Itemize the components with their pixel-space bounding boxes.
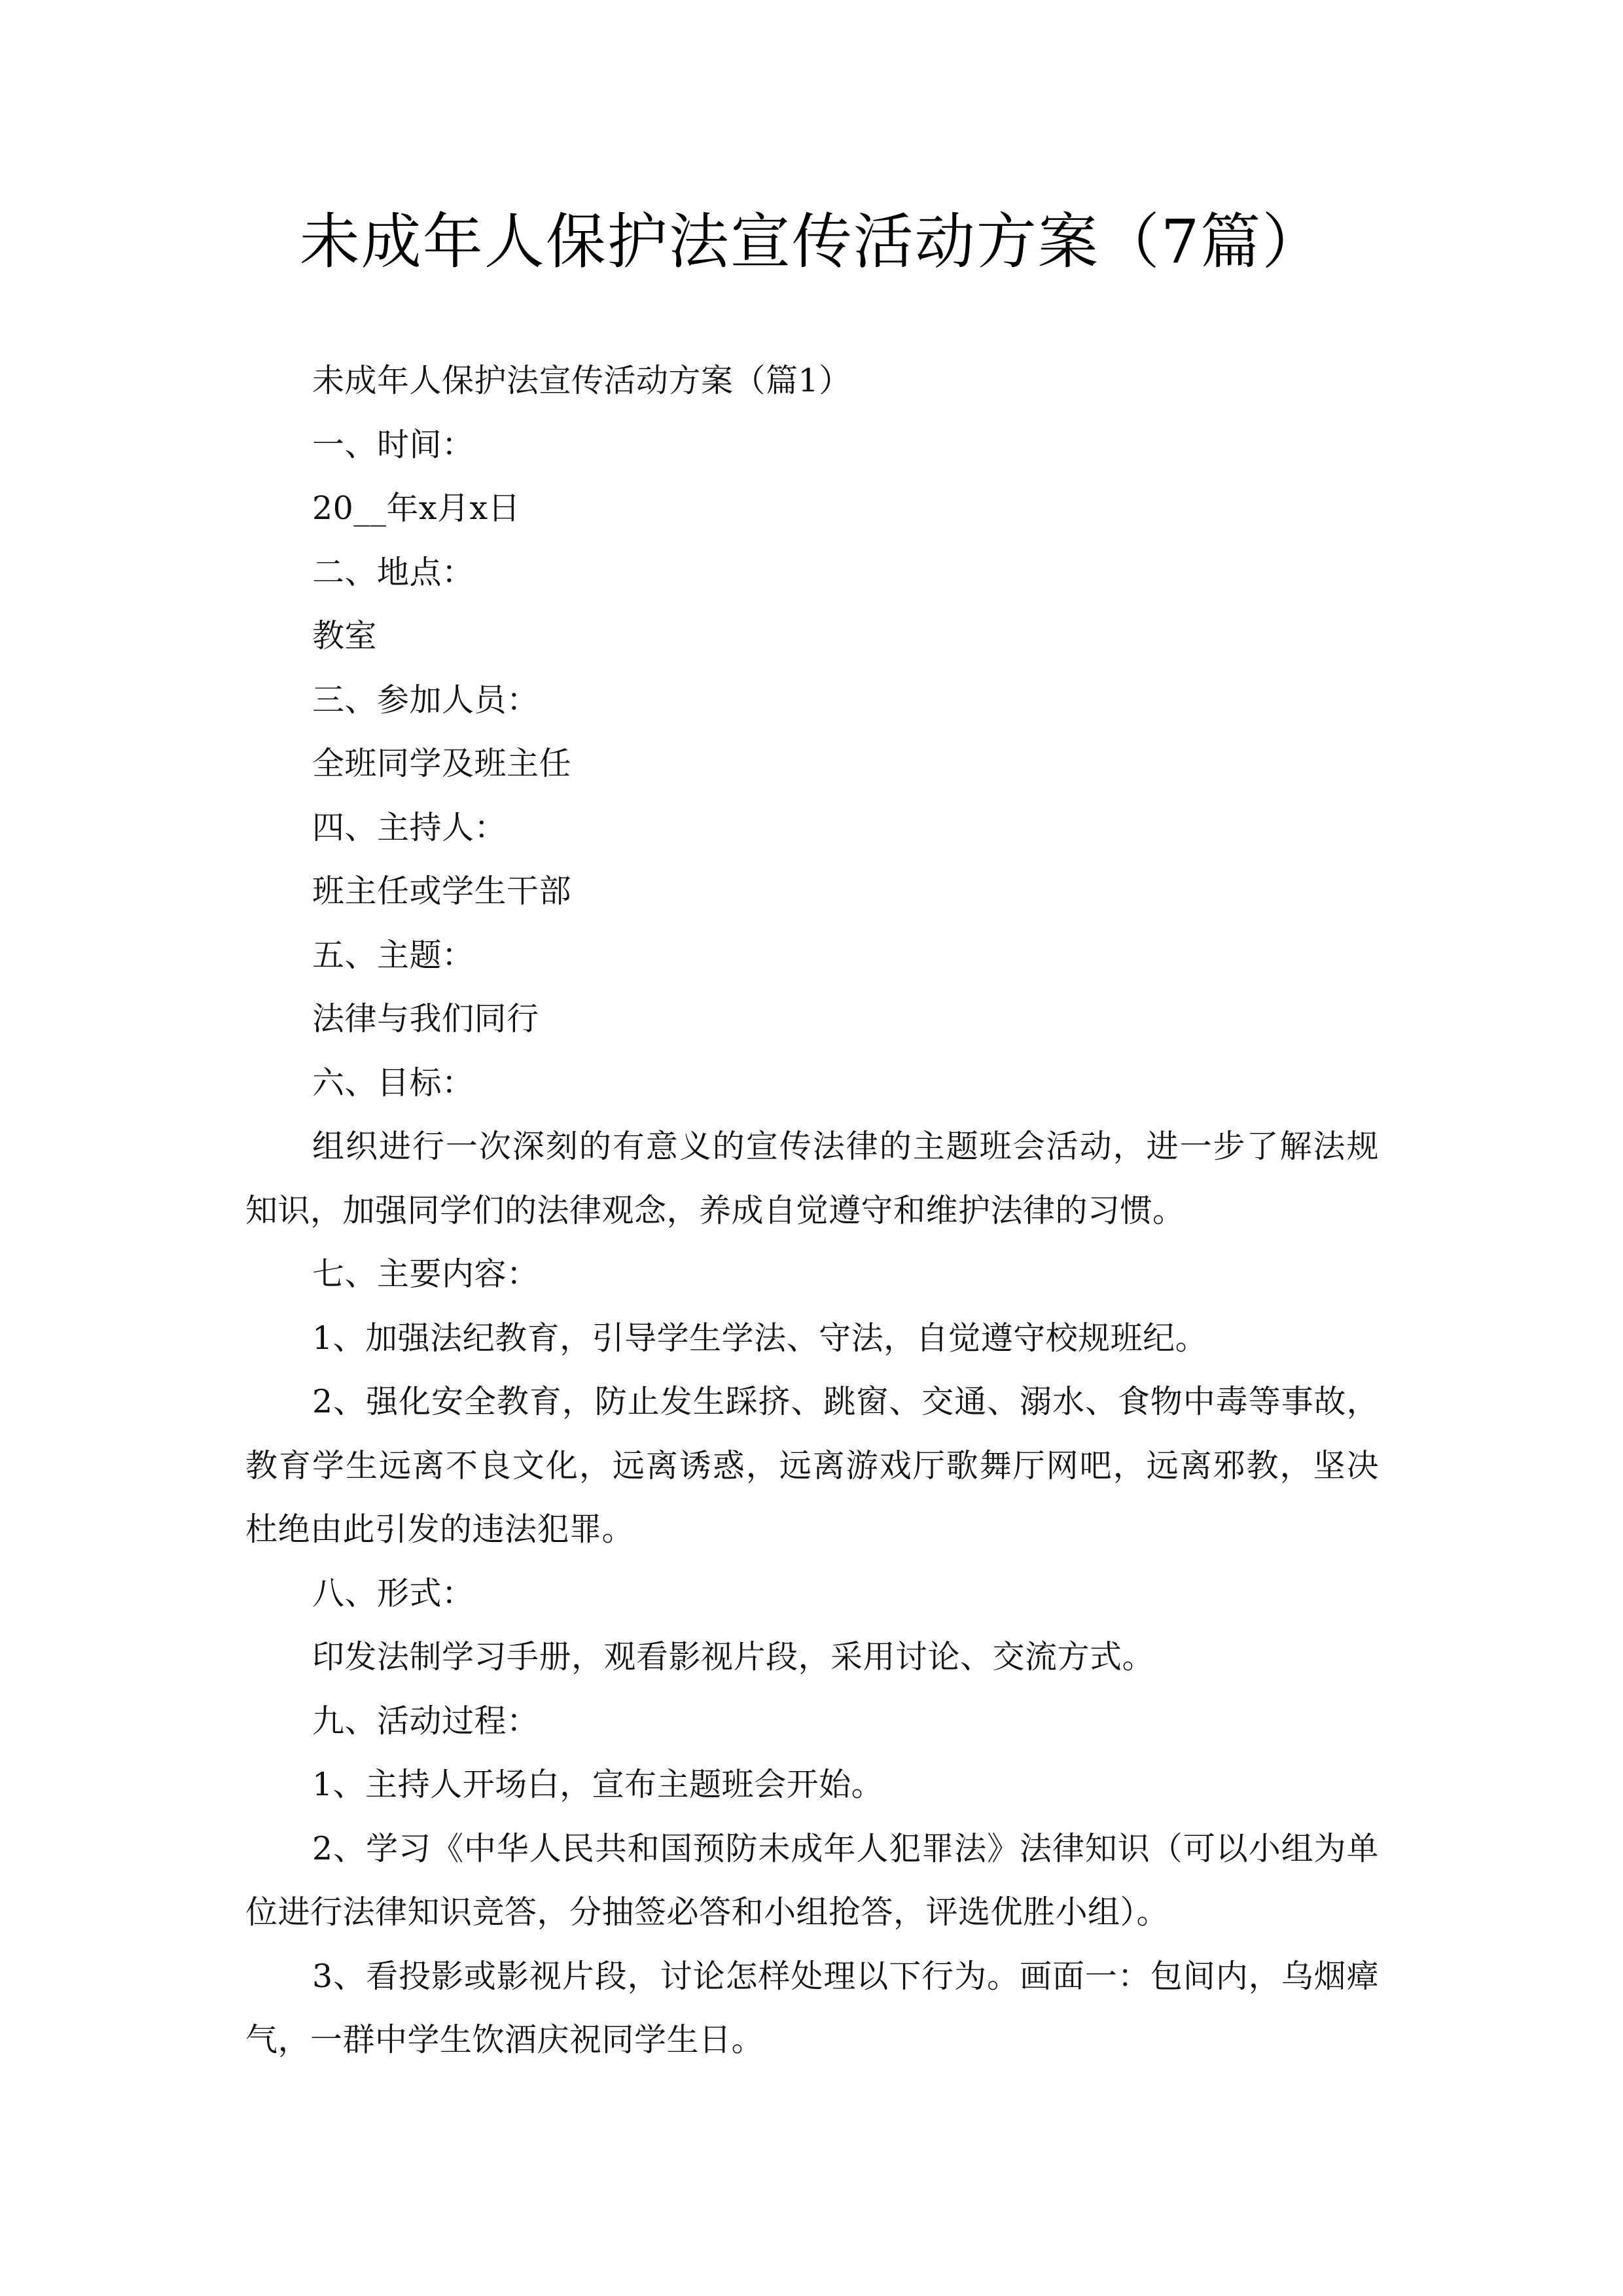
document-page: 未成年人保护法宣传活动方案（7篇） 未成年人保护法宣传活动方案（篇1） 一、时间… (0, 0, 1623, 2296)
heading-host: 四、主持人： (245, 796, 1379, 860)
process-step-3: 3、看投影或影视片段，讨论怎样处理以下行为。画面一：包间内，乌烟瘴气，一群中学生… (245, 1945, 1379, 2072)
heading-goal: 六、目标： (245, 1051, 1379, 1115)
goal-paragraph: 组织进行一次深刻的有意义的宣传法律的主题班会活动，进一步了解法规知识，加强同学们… (245, 1115, 1379, 1242)
heading-theme: 五、主题： (245, 924, 1379, 988)
theme-value: 法律与我们同行 (245, 987, 1379, 1051)
heading-process: 九、活动过程： (245, 1689, 1379, 1753)
heading-location: 二、地点： (245, 541, 1379, 605)
section-title-part-1: 未成年人保护法宣传活动方案（篇1） (245, 349, 1379, 413)
participants-value: 全班同学及班主任 (245, 732, 1379, 796)
process-step-2: 2、学习《中华人民共和国预防未成年人犯罪法》法律知识（可以小组为单位进行法律知识… (245, 1817, 1379, 1945)
document-title: 未成年人保护法宣传活动方案（7篇） (0, 196, 1623, 288)
time-value: 20__年x月x日 (245, 476, 1379, 541)
document-body: 未成年人保护法宣传活动方案（篇1） 一、时间： 20__年x月x日 二、地点： … (245, 349, 1379, 2072)
location-value: 教室 (245, 604, 1379, 668)
main-content-item-1: 1、加强法纪教育，引导学生学法、守法，自觉遵守校规班纪。 (245, 1306, 1379, 1371)
heading-participants: 三、参加人员： (245, 668, 1379, 732)
main-content-item-2: 2、强化安全教育，防止发生踩挤、跳窗、交通、溺水、食物中毒等事故，教育学生远离不… (245, 1370, 1379, 1562)
format-value: 印发法制学习手册，观看影视片段，采用讨论、交流方式。 (245, 1625, 1379, 1689)
heading-format: 八、形式： (245, 1562, 1379, 1626)
process-step-1: 1、主持人开场白，宣布主题班会开始。 (245, 1753, 1379, 1817)
heading-main-content: 七、主要内容： (245, 1242, 1379, 1306)
heading-time: 一、时间： (245, 413, 1379, 477)
host-value: 班主任或学生干部 (245, 859, 1379, 924)
